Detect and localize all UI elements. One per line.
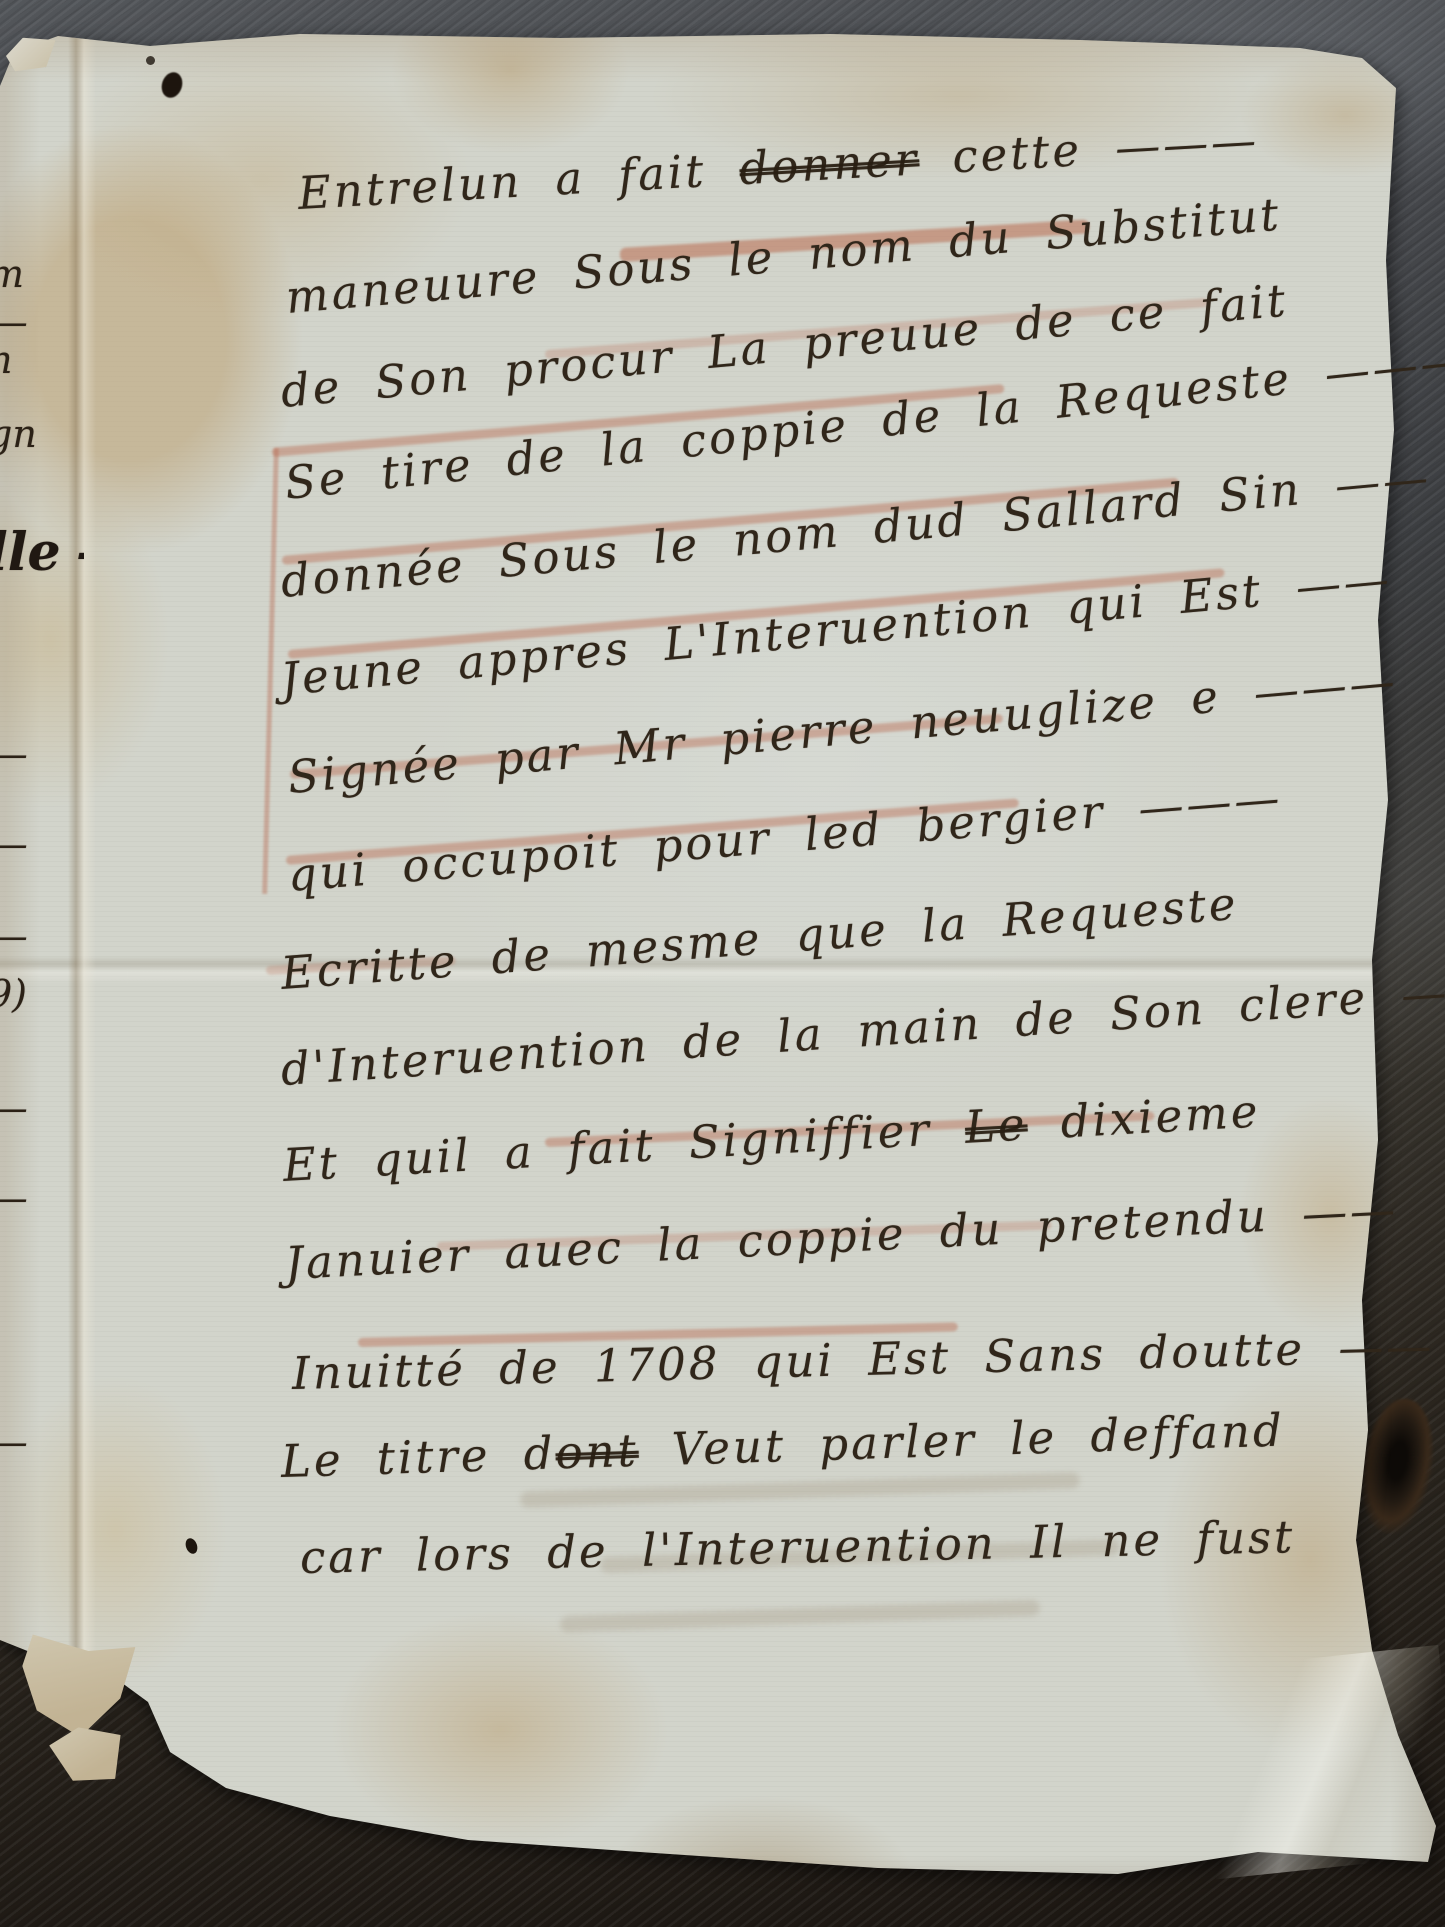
margin-fragment: ― bbox=[0, 732, 84, 776]
line-text: Le titre d bbox=[280, 1426, 556, 1488]
margin-fragment: ― bbox=[0, 1420, 84, 1464]
paper-fold-sheen bbox=[1140, 1645, 1445, 1885]
margin-fragment: lle ― bbox=[0, 522, 84, 583]
margin-fragment: ― bbox=[0, 822, 84, 866]
ink-blot bbox=[146, 56, 155, 65]
margin-fragment: 9) bbox=[0, 972, 84, 1016]
manuscript-photo: Entrelun a fait donner cette ———maneuure… bbox=[0, 0, 1445, 1927]
struck-word: ont bbox=[555, 1424, 640, 1480]
margin-fragment: gn bbox=[0, 412, 84, 456]
margin-fragment: ― bbox=[0, 1176, 84, 1220]
margin-fragment: n bbox=[0, 338, 84, 382]
struck-word: Le bbox=[963, 1097, 1028, 1153]
margin-fragment: m bbox=[0, 252, 84, 296]
margin-fragment: ― bbox=[0, 1086, 84, 1130]
struck-word: donner bbox=[738, 132, 921, 195]
margin-fragment: ― bbox=[0, 914, 84, 958]
